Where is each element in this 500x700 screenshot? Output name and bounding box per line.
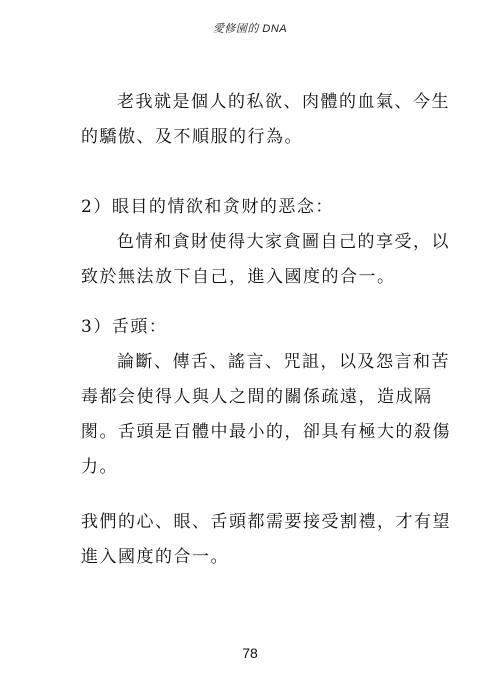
text-line: 色情和貪財使得大家貪圖自己的享受，以	[81, 225, 421, 260]
section-heading-tongue: 3）舌頭：	[81, 310, 421, 345]
text-line: 論斷、傳舌、謠言、咒詛，以及怨言和苦	[81, 345, 421, 380]
heading-text: 3）舌頭：	[81, 310, 421, 345]
heading-text: 2）眼目的情欲和贪财的恶念：	[81, 190, 421, 225]
text-line: 致於無法放下自己，進入國度的合一。	[81, 260, 421, 295]
paragraph-old-self: 老我就是個人的私欲、肉體的血氣、今生 的驕傲、及不順服的行為。	[81, 85, 421, 155]
text-line: 進入國度的合一。	[81, 540, 421, 575]
page-number: 78	[0, 645, 500, 661]
text-line: 老我就是個人的私欲、肉體的血氣、今生	[81, 85, 421, 120]
text-line: 毒都会使得人與人之間的關係疏遠，造成隔	[81, 380, 421, 415]
running-header: 愛修園的 DNA	[0, 20, 500, 36]
paragraph-conclusion: 我們的心、眼、舌頭都需要接受割禮，才有望 進入國度的合一。	[81, 505, 421, 575]
text-line: 的驕傲、及不順服的行為。	[81, 120, 421, 155]
text-line: 我們的心、眼、舌頭都需要接受割禮，才有望	[81, 505, 421, 540]
text-line: 力。	[81, 450, 421, 485]
text-line: 閡。舌頭是百體中最小的，卻具有極大的殺傷	[81, 415, 421, 450]
section-heading-eyes: 2）眼目的情欲和贪财的恶念：	[81, 190, 421, 225]
paragraph-tongue: 論斷、傳舌、謠言、咒詛，以及怨言和苦 毒都会使得人與人之間的關係疏遠，造成隔 閡…	[81, 345, 421, 485]
paragraph-eyes: 色情和貪財使得大家貪圖自己的享受，以 致於無法放下自己，進入國度的合一。	[81, 225, 421, 295]
